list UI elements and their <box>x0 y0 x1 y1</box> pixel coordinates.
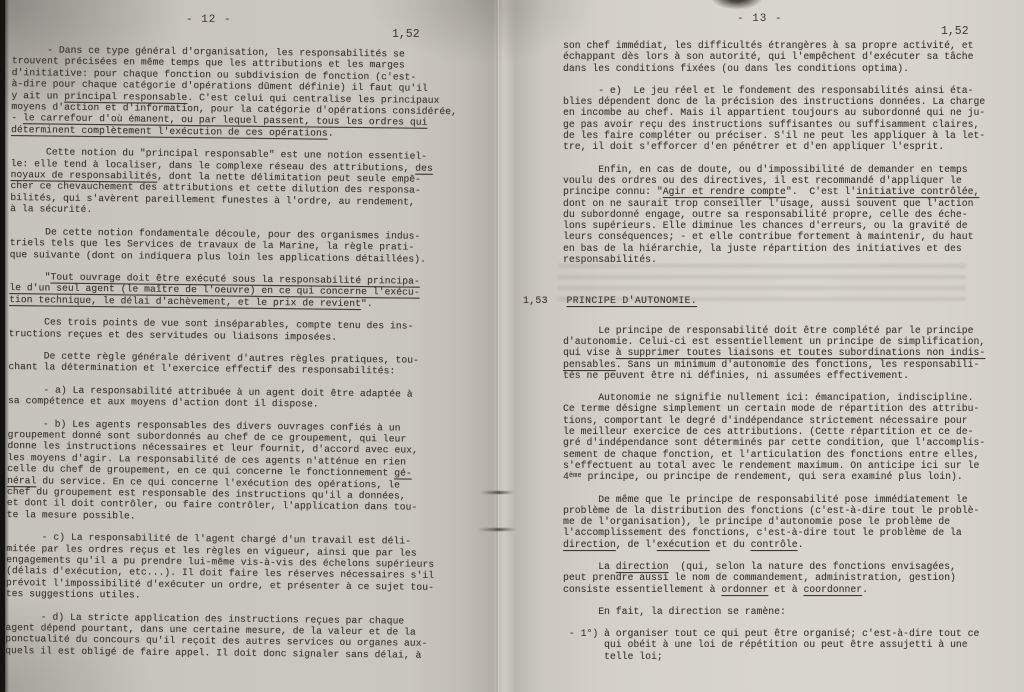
text-run: - a) La responsabilité attribuée à un ag… <box>8 384 413 410</box>
text-run: dont on ne saurait trop conseiller l'usa… <box>563 198 973 265</box>
underlined-text: principal responsable <box>64 90 187 102</box>
text-run: 1,53 <box>523 295 567 306</box>
paragraph: - 1°) à organiser tout ce qui peut être … <box>563 628 995 662</box>
paragraph: - c) La responsabilité de l'agent chargé… <box>6 531 461 605</box>
underlined-text: direction <box>563 539 616 550</box>
page-12-text: - Dans ce type général d'organisation, l… <box>5 44 466 661</box>
binding-mark <box>480 491 514 494</box>
section-ref-left: 1,52 <box>392 28 420 41</box>
binding-mark <box>478 528 516 531</box>
text-run: . <box>328 127 334 138</box>
text-run: La <box>563 561 616 572</box>
paragraph: - Dans ce type général d'organisation, l… <box>11 44 466 140</box>
underlined-text: initiative contrôlée, <box>856 186 979 197</box>
paragraph: - a) La responsabilité attribuée à un ag… <box>8 384 462 412</box>
paragraph: - b) Les agents responsables des divers … <box>7 418 462 526</box>
text-run: Ces trois points de vue sont inséparable… <box>9 316 414 342</box>
text-run: ". <box>361 298 373 309</box>
underlined-text: le carrefour d'où émanent, ou par lequel… <box>11 113 428 139</box>
text-run: ème <box>569 472 582 480</box>
text-run: De cette règle générale dérivent d'autre… <box>8 350 419 377</box>
text-run: et du <box>710 539 751 550</box>
text-run: - c) La responsabilité de l'agent chargé… <box>6 531 435 601</box>
text-run: ". C'est l' <box>786 186 856 197</box>
text-run: . <box>798 539 804 550</box>
text-run: - 1°) à organiser tout ce qui peut être … <box>563 628 979 662</box>
paragraph: Enfin, en cas de doute, ou d'impossibili… <box>563 164 995 266</box>
text-run: , de l' <box>616 539 657 550</box>
section-heading: 1,53 PRINCIPE D'AUTONOMIE. <box>523 295 995 306</box>
paragraph: De cette règle générale dérivent d'autre… <box>8 350 462 378</box>
paragraph: - d) La stricte application des instruct… <box>5 611 459 662</box>
text-run: De même que le principe de responsabilit… <box>563 494 979 539</box>
underlined-text: coordonner <box>803 584 862 595</box>
paragraph: - e) Le jeu réel et le fondement des res… <box>563 85 995 153</box>
gutter-crease <box>496 0 499 692</box>
underlined-text: ordonner <box>721 584 768 595</box>
text-run: - b) Les agents responsables des divers … <box>7 418 418 479</box>
paragraph: De cette notion fondamentale découle, po… <box>10 226 464 265</box>
paragraph: En fait, la direction se ramène: <box>563 606 995 617</box>
text-run: principe, ou principe de rendement, qui … <box>582 471 963 482</box>
underlined-text: direction <box>616 561 669 572</box>
paragraph: Le principe de responsabilité doit être … <box>563 325 995 381</box>
gutter-top-shadow <box>712 0 762 9</box>
underlined-text: PRINCIPE D'AUTONOMIE. <box>567 295 697 306</box>
paragraph: Autonomie ne signifie nullement ici: éma… <box>563 392 995 482</box>
scanned-book-spread: - 12 - 1,52 - Dans ce type général d'org… <box>0 0 1024 692</box>
text-run: - e) Le jeu réel et le fondement des res… <box>563 85 985 152</box>
text-run: et à <box>768 584 803 595</box>
page-13-text: son chef immédiat, les difficultés étran… <box>563 40 995 662</box>
paragraph: Cette notion du "principal responsable" … <box>10 146 465 220</box>
underlined-text: contrôle <box>751 539 798 550</box>
text-run: " <box>9 271 50 282</box>
page-number-left: - 12 - <box>186 14 232 26</box>
paragraph: De même que le principe de responsabilit… <box>563 494 995 550</box>
text-run: De cette notion fondamentale découle, po… <box>10 226 426 265</box>
text-run: son chef immédiat, les difficultés étran… <box>563 40 973 74</box>
paragraph: Ces trois points de vue sont inséparable… <box>9 316 463 344</box>
text-run: Autonomie ne signifie nullement ici: éma… <box>563 392 985 482</box>
paragraph: "Tout ouvrage doit être exécuté sous la … <box>9 271 463 310</box>
underlined-text: Tout ouvrage doit être exécuté sous la r… <box>9 271 420 308</box>
paragraph: son chef immédiat, les difficultés étran… <box>563 40 995 74</box>
underlined-text: exécution <box>657 539 710 550</box>
text-run: . <box>862 584 868 595</box>
text-run: du service. En ce qui concerne l'exécuti… <box>7 475 418 521</box>
page-number-right: - 13 - <box>737 13 783 25</box>
text-run: - d) La stricte application des instruct… <box>5 611 427 661</box>
section-ref-right: 1,52 <box>941 25 969 38</box>
underlined-text: Agir et rendre compte <box>663 186 786 197</box>
paragraph: La direction (qui, selon la nature des f… <box>563 561 995 595</box>
text-run: En fait, la direction se ramène: <box>563 606 786 617</box>
text-run: . Sans un minimum d'autonomie des foncti… <box>563 359 979 381</box>
